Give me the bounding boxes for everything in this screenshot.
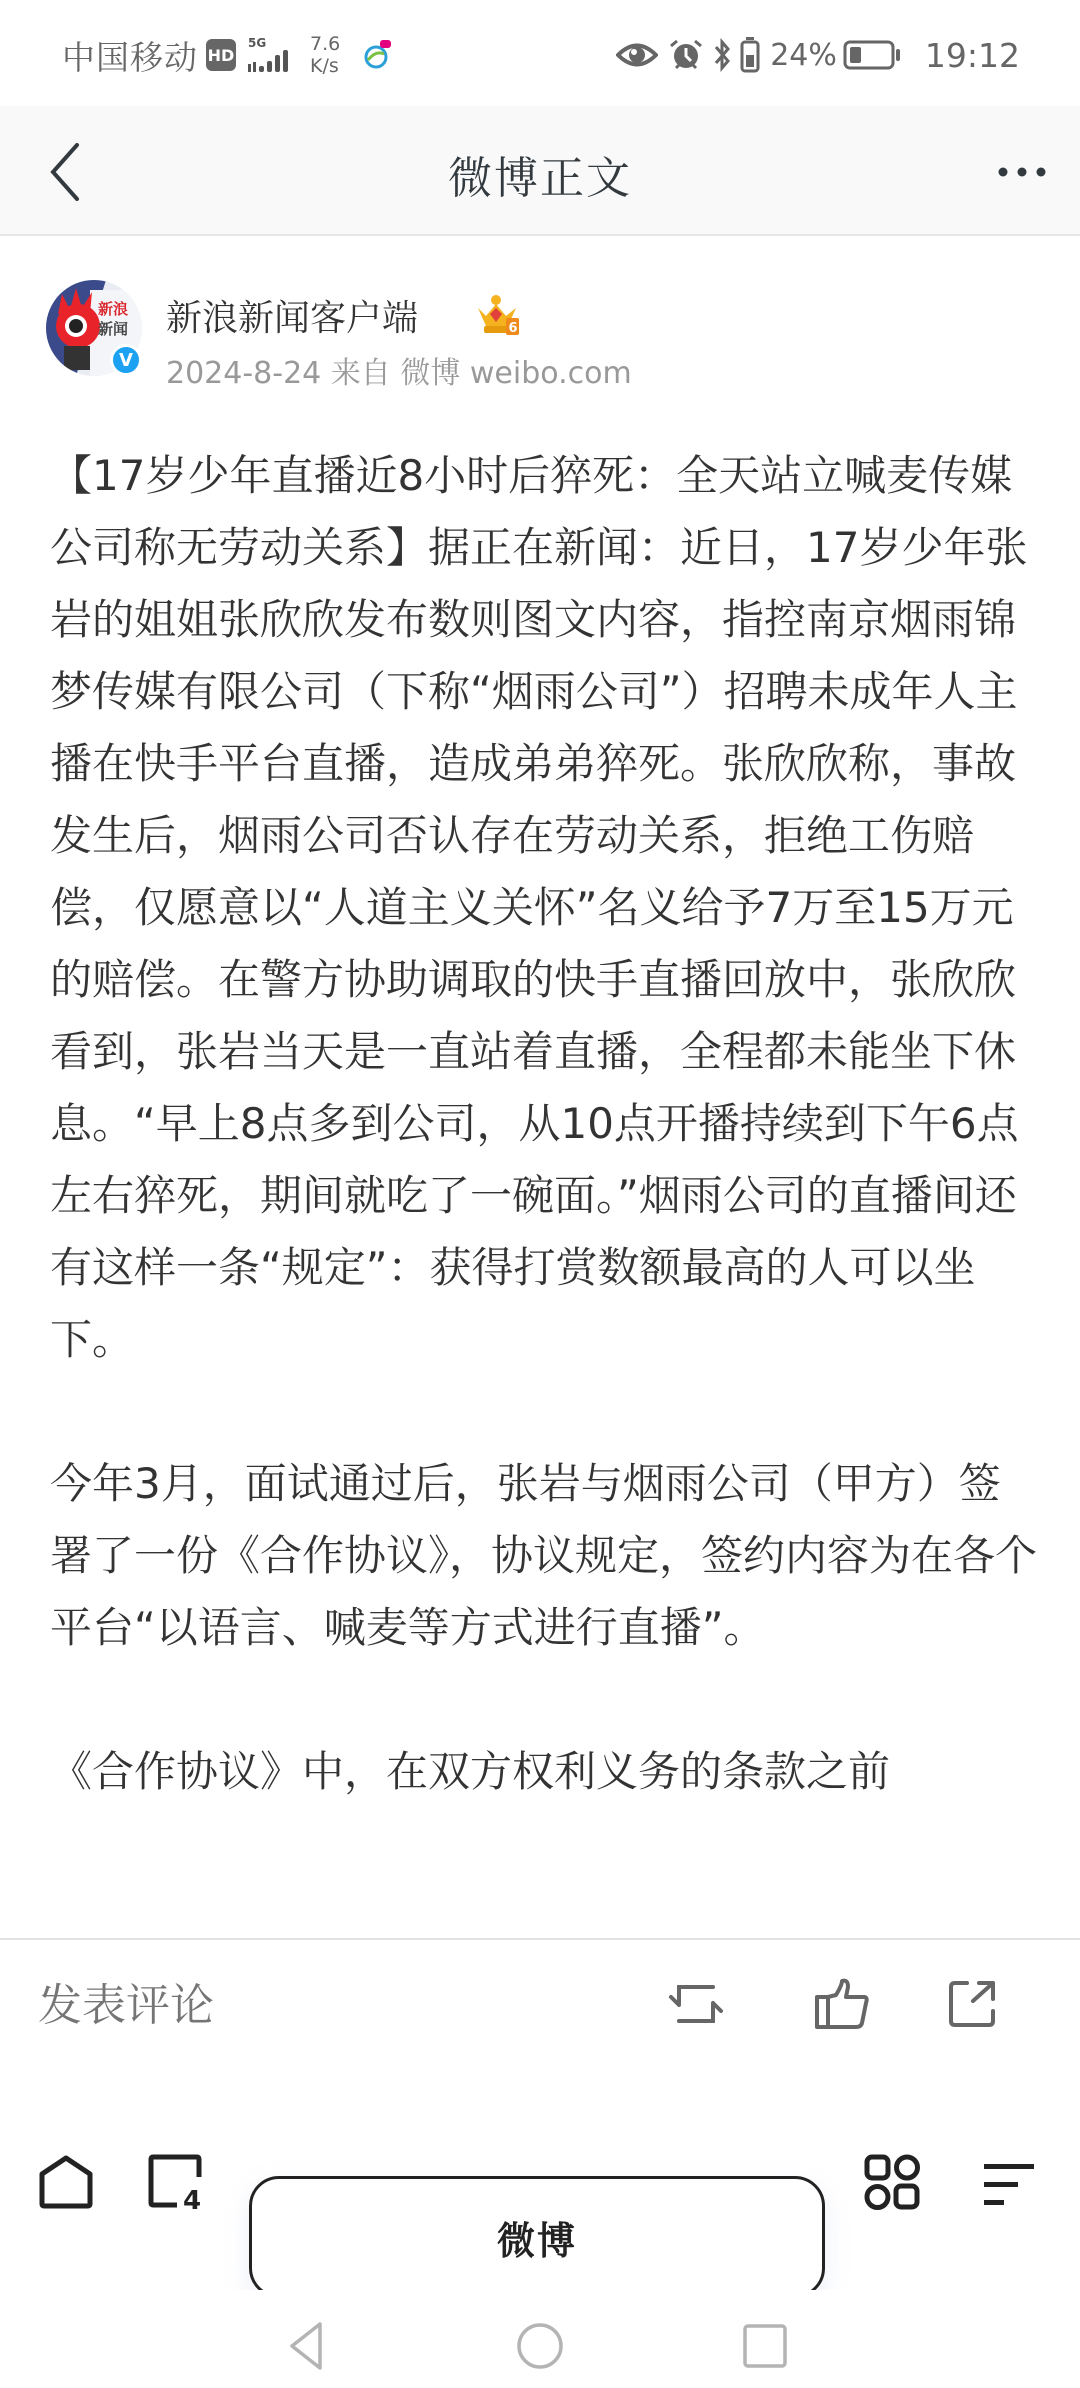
- battery-percent: 24%: [770, 38, 837, 73]
- bluetooth-icon: [714, 38, 730, 72]
- china-mobile-logo-icon: [362, 40, 392, 70]
- system-navigation-bar: [0, 2290, 1080, 2388]
- member-crown-badge[interactable]: 6: [476, 294, 520, 340]
- weibo-home-button[interactable]: 微博: [249, 2176, 825, 2298]
- thumbs-up-icon: [814, 1977, 870, 2031]
- clock: 19:12: [925, 36, 1020, 75]
- eye-comfort-icon: [616, 40, 658, 70]
- net-speed-value: 7.6: [310, 33, 340, 55]
- post-action-bar: [0, 1938, 1080, 2058]
- verified-badge-icon: V: [110, 344, 142, 376]
- battery-icon: [843, 39, 901, 71]
- svg-text:新闻: 新闻: [98, 320, 128, 338]
- crown-icon: 6: [476, 294, 520, 336]
- menu-button[interactable]: [976, 2150, 1040, 2214]
- bottom-navigation: 4 微博: [0, 2060, 1080, 2290]
- signal-icon: 5G: [248, 36, 294, 74]
- network-speed: 7.6 K/s: [310, 33, 340, 77]
- post-source: 微博 weibo.com: [400, 356, 631, 391]
- circle-home-icon: [516, 2322, 564, 2370]
- tabs-button[interactable]: 4: [144, 2150, 208, 2214]
- carrier-name: 中国移动: [62, 32, 198, 79]
- post-author-row: 新浪 新闻 V 新浪新闻客户端 6 2024-8-24 来自 微博 weibo.…: [46, 278, 1036, 378]
- page-header: 微博正文: [0, 106, 1080, 236]
- status-left: 中国移动 HD 5G 7.6 K/s: [62, 30, 392, 80]
- post-meta: 2024-8-24 来自 微博 weibo.com: [166, 348, 632, 392]
- svg-text:新浪: 新浪: [98, 300, 128, 318]
- repost-icon: [667, 1979, 725, 2029]
- tabs-icon: 4: [147, 2153, 205, 2211]
- post-date: 2024-8-24: [166, 356, 321, 391]
- apps-button[interactable]: [860, 2150, 924, 2214]
- system-back-button[interactable]: [276, 2318, 336, 2374]
- svg-text:4: 4: [183, 2186, 201, 2211]
- home-icon: [38, 2154, 94, 2210]
- repost-button[interactable]: [664, 1974, 728, 2034]
- home-button[interactable]: [34, 2150, 98, 2214]
- signal-bars-icon: [248, 50, 294, 74]
- more-dots-icon: [997, 166, 1047, 178]
- status-right: 24% 19:12: [616, 30, 1020, 80]
- share-icon: [947, 1979, 997, 2029]
- like-button[interactable]: [810, 1974, 874, 2034]
- post-body: 【17岁少年直播近8小时后猝死：全天站立喊麦传媒公司称无劳动关系】据正在新闻：近…: [50, 440, 1040, 1808]
- battery-saver-icon: [740, 37, 760, 73]
- square-recents-icon: [742, 2323, 788, 2369]
- net-speed-unit: K/s: [310, 55, 340, 77]
- menu-icon: [980, 2158, 1036, 2206]
- network-type: 5G: [248, 36, 294, 50]
- hd-voice-badge: HD: [206, 39, 236, 71]
- comment-input[interactable]: [38, 1976, 438, 2036]
- system-recents-button[interactable]: [735, 2318, 795, 2374]
- author-name[interactable]: 新浪新闻客户端: [166, 290, 418, 341]
- page-title: 微博正文: [0, 142, 1080, 206]
- status-bar: 中国移动 HD 5G 7.6 K/s: [0, 0, 1080, 106]
- alarm-icon: [668, 38, 704, 72]
- apps-grid-icon: [863, 2153, 921, 2211]
- svg-text:6: 6: [509, 321, 518, 336]
- post-paragraph: 今年3月，面试通过后，张岩与烟雨公司（甲方）签署了一份《合作协议》，协议规定，签…: [50, 1448, 1040, 1664]
- post-paragraph: 【17岁少年直播近8小时后猝死：全天站立喊麦传媒公司称无劳动关系】据正在新闻：近…: [50, 440, 1040, 1376]
- more-options-button[interactable]: [992, 150, 1052, 194]
- share-button[interactable]: [940, 1974, 1004, 2034]
- post-paragraph: 《合作协议》中，在双方权利义务的条款之前: [50, 1736, 1040, 1808]
- triangle-back-icon: [288, 2321, 324, 2371]
- system-home-button[interactable]: [510, 2318, 570, 2374]
- source-prefix: 来自: [331, 356, 391, 391]
